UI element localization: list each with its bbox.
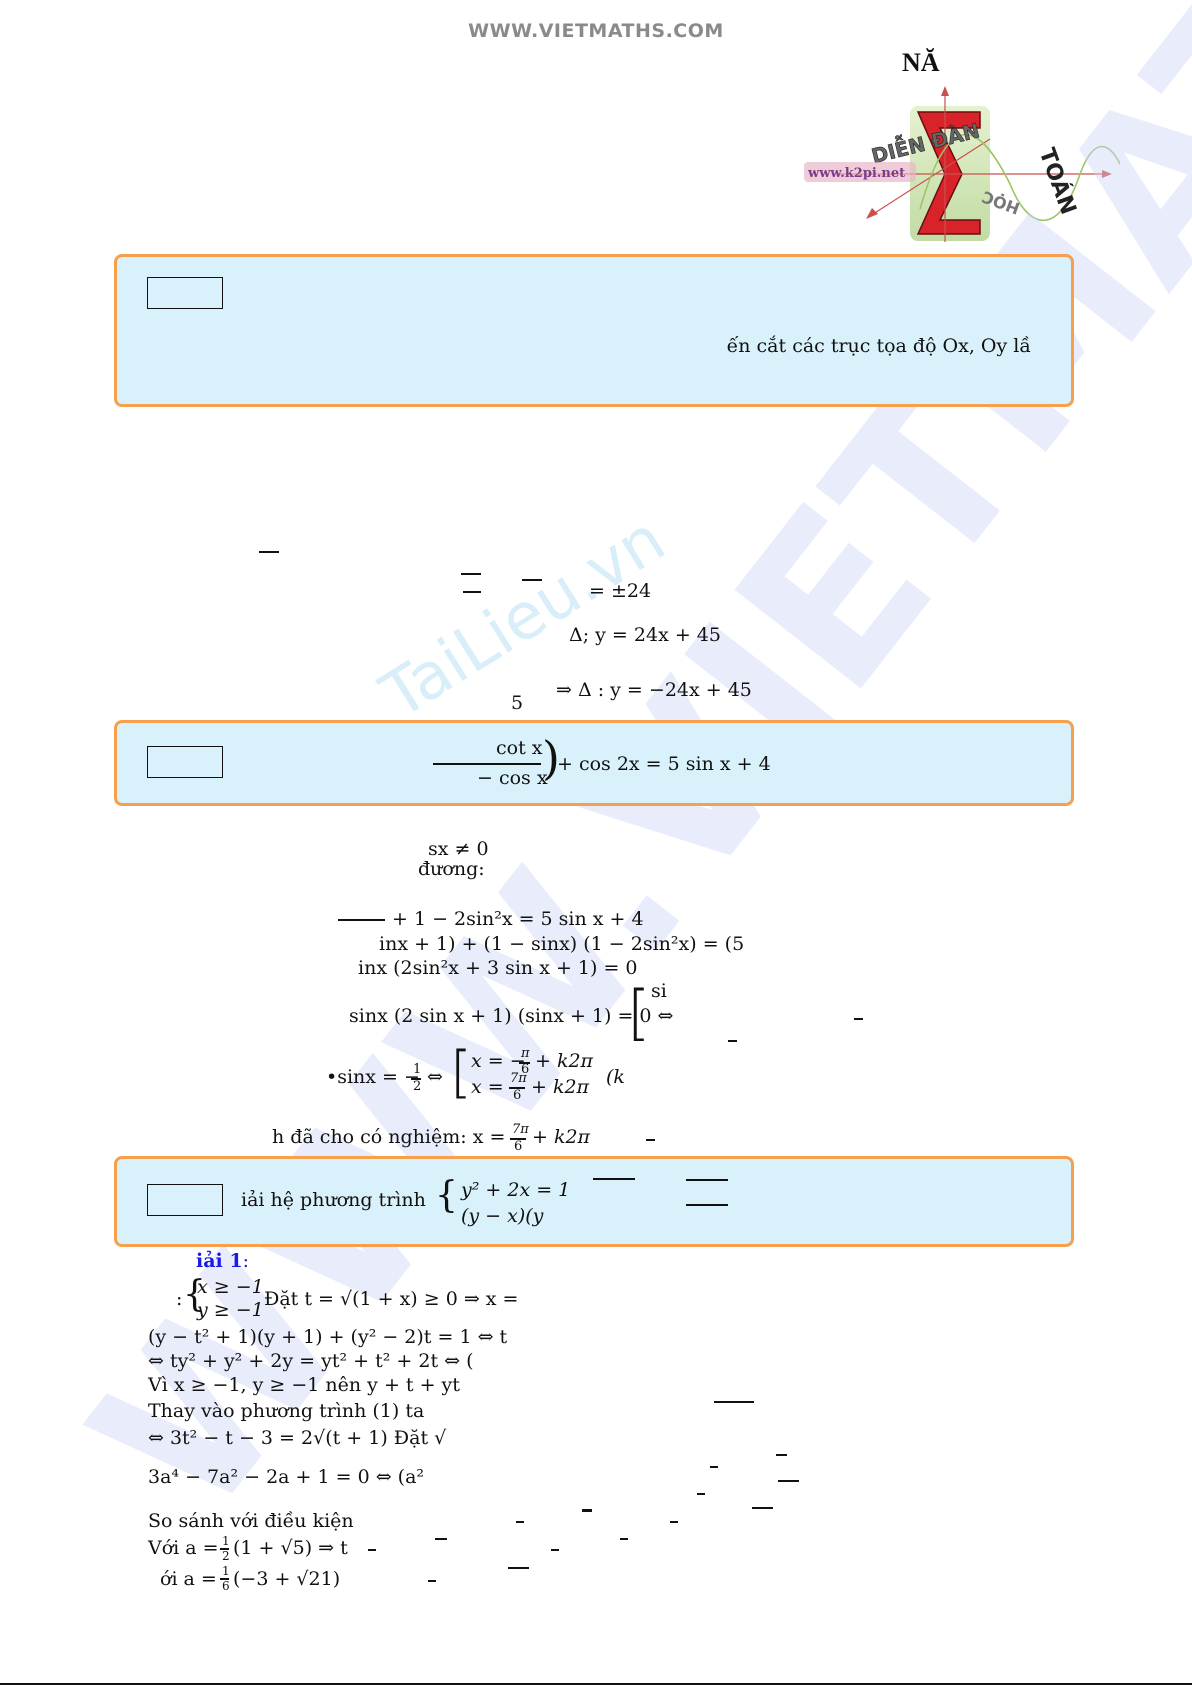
- solution-heading-colon: :: [243, 1250, 249, 1272]
- problem-1-box: ến cắt các trục tọa độ Ox, Oy lầ: [114, 254, 1074, 407]
- sol3-line-6: 3a⁴ − 7a² − 2a + 1 = 0 ⇔ (a²: [148, 1466, 424, 1488]
- frac-den: 2: [413, 1079, 421, 1094]
- conclusion-num: 7π: [512, 1122, 529, 1137]
- equation-numerator: cot x: [496, 737, 542, 759]
- fraction-bar: [551, 1549, 559, 1551]
- frac-num: 1: [413, 1062, 421, 1077]
- sol3-line-5: ⇔ 3t² − t − 3 = 2√(t + 1) Đặt √: [148, 1427, 446, 1449]
- fraction-bar: [686, 1179, 728, 1181]
- sol1-a: x = −: [471, 1050, 526, 1072]
- sol2-num: 7π: [510, 1071, 527, 1086]
- condition-text: sx ≠ 0: [428, 838, 489, 860]
- fraction-bar: [508, 1567, 529, 1569]
- svg-text:www.k2pi.net: www.k2pi.net: [807, 166, 905, 181]
- fraction-bar: [710, 1466, 718, 1468]
- fraction-bar: [728, 1040, 737, 1042]
- sol2-den: 6: [513, 1088, 521, 1103]
- problem-3-box: iải hệ phương trình { y² + 2x = 1 (y − x…: [114, 1156, 1074, 1247]
- site-header: WWW.VIETMATHS.COM: [0, 20, 1192, 42]
- corner-title: NĂ: [902, 48, 940, 78]
- step-1: + 1 − 2sin²x = 5 sin x + 4: [392, 908, 644, 930]
- fraction-bar: [368, 1549, 376, 1551]
- case-a2-num: 1: [222, 1564, 230, 1578]
- tangent-slope: = ±24: [589, 580, 651, 602]
- conclusion-den: 6: [514, 1139, 522, 1154]
- fraction-bar: [854, 1018, 863, 1020]
- fraction-bar: [593, 1178, 635, 1180]
- fraction-bar: [620, 1538, 628, 1540]
- sol3-line-3: Vì x ≥ −1, y ≥ −1 nên y + t + yt: [148, 1374, 460, 1396]
- tangent-line-1: Δ; y = 24x + 45: [569, 624, 721, 646]
- sol1-num: π: [521, 1046, 530, 1061]
- case-a1-post: (1 + √5) ⇒ t: [233, 1537, 348, 1559]
- fraction-bar: [435, 1538, 447, 1540]
- case-sin-half-lhs: •sinx = −: [326, 1066, 420, 1088]
- problem-2-box: cot x − cos x ) + cos 2x = 5 sin x + 4: [114, 720, 1074, 806]
- logo-graphic-icon: DIỄN ĐÀN TOÁN HỌC www.k2pi.net: [800, 84, 1120, 244]
- fraction-bar: [259, 551, 279, 553]
- problem-1-label-box: [147, 277, 223, 309]
- solution-heading-text: iải 1: [196, 1250, 243, 1272]
- case-a2-pre: ới a =: [160, 1568, 217, 1590]
- fraction-bar: [516, 1521, 524, 1523]
- fraction-bar: [338, 919, 385, 921]
- fraction-bar: [752, 1507, 773, 1509]
- equation-rest: + cos 2x = 5 sin x + 4: [557, 753, 771, 775]
- solution-heading: iải 1:: [196, 1250, 249, 1272]
- cond-2: y ≥ −1: [197, 1299, 264, 1321]
- fraction-bar: [670, 1521, 678, 1523]
- case-top: si: [651, 980, 667, 1002]
- case-bracket-2: [: [450, 1040, 472, 1105]
- cond-colon: :: [176, 1288, 182, 1310]
- case-a2-den: 6: [222, 1579, 230, 1593]
- case-a2-post: (−3 + √21): [233, 1568, 340, 1590]
- fraction-bar: [428, 1580, 436, 1582]
- forum-logo: DIỄN ĐÀN TOÁN HỌC www.k2pi.net: [800, 84, 1120, 244]
- case-bracket: [: [627, 978, 650, 1048]
- sol3-line-1: (y − t² + 1)(y + 1) + (y² − 2)t = 1 ⇔ t: [148, 1326, 507, 1348]
- k-note: (k: [606, 1066, 625, 1088]
- fraction-bar: [433, 763, 541, 765]
- case-a1-den: 2: [222, 1549, 230, 1563]
- cond-1: x ≥ −1: [197, 1276, 264, 1298]
- conclusion-tail: + k2π: [532, 1126, 590, 1148]
- fraction-bar: [522, 579, 542, 581]
- fraction-bar: [582, 1509, 592, 1512]
- case-a1-pre: Với a =: [148, 1537, 219, 1559]
- substitution: Đặt t = √(1 + x) ≥ 0 ⇒ x =: [264, 1288, 518, 1310]
- iff-symbol: ⇔: [427, 1066, 443, 1088]
- fraction-bar: [461, 573, 481, 575]
- case-a1-num: 1: [222, 1534, 230, 1548]
- sol3-line-4: Thay vào phương trình (1) ta: [148, 1400, 424, 1422]
- sol2-b: + k2π: [531, 1076, 589, 1098]
- sol1-b: + k2π: [535, 1050, 593, 1072]
- sol3-line-7: So sánh với điều kiện: [148, 1510, 354, 1532]
- fraction-bar: [646, 1139, 655, 1141]
- sol2-a: x =: [471, 1076, 504, 1098]
- sol3-line-2: ⇔ ty² + y² + 2y = yt² + t² + 2t ⇔ (: [148, 1350, 474, 1372]
- fraction-bar: [776, 1454, 787, 1456]
- problem-3-intro: iải hệ phương trình: [241, 1189, 426, 1211]
- fraction-bar: [714, 1401, 754, 1403]
- fraction-bar: [778, 1480, 799, 1482]
- digit-five: 5: [511, 692, 523, 714]
- tangent-line-2: ⇒ Δ : y = −24x + 45: [556, 679, 752, 701]
- conclusion-text: h đã cho có nghiệm: x =: [272, 1126, 505, 1148]
- system-eq-2: (y − x)(y: [461, 1205, 543, 1227]
- problem-1-text: ến cắt các trục tọa độ Ox, Oy lầ: [727, 335, 1031, 357]
- equivalent-label: đương:: [418, 858, 485, 880]
- fraction-bar: [697, 1493, 705, 1495]
- equation-denominator: − cos x: [477, 767, 548, 789]
- problem-3-label-box: [147, 1184, 223, 1216]
- system-brace: {: [435, 1175, 458, 1216]
- system-eq-1: y² + 2x = 1: [461, 1179, 570, 1201]
- fraction-bar: [686, 1204, 728, 1206]
- fraction-bar: [463, 591, 481, 593]
- step-2: inx + 1) + (1 − sinx) (1 − 2sin²x) = (5: [379, 933, 744, 955]
- svg-text:TOÁN: TOÁN: [1034, 145, 1082, 218]
- step-3: inx (2sin²x + 3 sin x + 1) = 0: [358, 957, 638, 979]
- step-4: sinx (2 sin x + 1) (sinx + 1) = 0 ⇔: [349, 1005, 673, 1027]
- problem-2-label-box: [147, 746, 223, 778]
